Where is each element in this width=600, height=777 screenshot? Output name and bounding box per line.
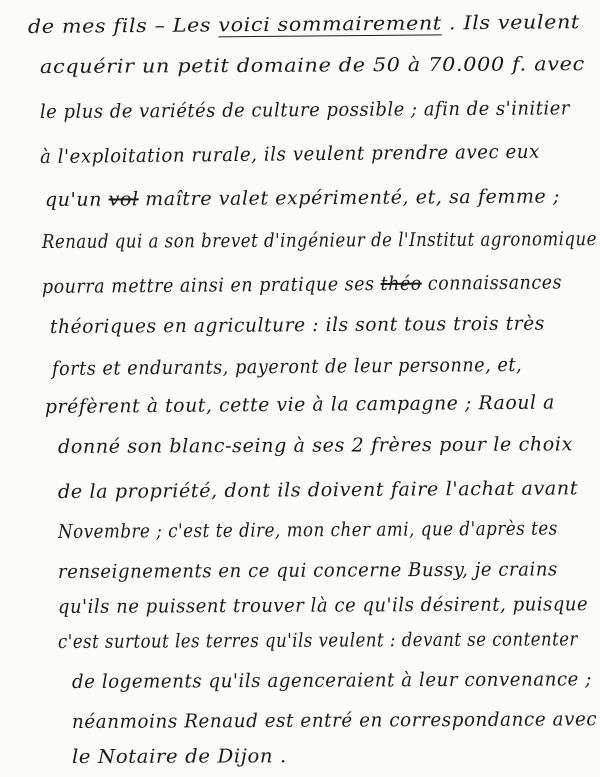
letter-line: de logements qu'ils agenceraient à leur …	[72, 668, 592, 693]
letter-line: acquérir un petit domaine de 50 à 70.000…	[40, 53, 585, 78]
line-text: à l'exploitation rurale, ils veulent pre…	[40, 141, 540, 168]
struck-out-text: vol	[109, 188, 139, 210]
line-text: qu'un	[45, 189, 109, 211]
letter-line: c'est surtout les terres qu'ils veulent …	[58, 628, 578, 653]
line-text: de la propriété, dont ils doivent faire …	[58, 477, 578, 503]
letter-line: le plus de variétés de culture possible …	[40, 97, 570, 123]
line-text: préfèrent à tout, cette vie à la campagn…	[45, 392, 555, 418]
letter-line: à l'exploitation rurale, ils veulent pre…	[40, 141, 540, 168]
letter-line: préfèrent à tout, cette vie à la campagn…	[45, 392, 555, 418]
line-text: de mes fils – Les	[28, 14, 219, 38]
letter-line: pourra mettre ainsi en pratique ses théo…	[42, 271, 562, 298]
line-text: pourra mettre ainsi en pratique ses	[42, 273, 381, 298]
line-text: de logements qu'ils agenceraient à leur …	[72, 668, 592, 693]
letter-line: Novembre ; c'est te dire, mon cher ami, …	[58, 518, 558, 543]
line-text: qu'ils ne puissent trouver là ce qu'ils …	[58, 593, 588, 618]
letter-line: donné son blanc-seing à ses 2 frères pou…	[58, 433, 573, 458]
letter-line: de mes fils – Les voici sommairement . I…	[28, 11, 580, 38]
line-text: c'est surtout les terres qu'ils veulent …	[58, 628, 578, 653]
line-text: maître valet expérimenté, et, sa femme ;	[139, 185, 560, 210]
letter-line: néanmoins Renaud est entré en correspond…	[72, 708, 597, 733]
letter-line: forts et endurants, payeront de leur per…	[52, 354, 522, 380]
line-text: néanmoins Renaud est entré en correspond…	[72, 708, 597, 733]
letter-line: de la propriété, dont ils doivent faire …	[58, 477, 578, 503]
line-text: le plus de variétés de culture possible …	[40, 97, 570, 123]
letter-line: Renaud qui a son brevet d'ingénieur de l…	[42, 228, 597, 253]
line-text: Renaud qui a son brevet d'ingénieur de l…	[42, 228, 597, 253]
letter-line: le Notaire de Dijon .	[72, 745, 287, 768]
line-text: théoriques en agriculture : ils sont tou…	[50, 313, 545, 338]
letter-line: théoriques en agriculture : ils sont tou…	[50, 313, 545, 338]
line-text: forts et endurants, payeront de leur per…	[52, 354, 522, 380]
handwritten-letter-page: de mes fils – Les voici sommairement . I…	[0, 0, 600, 777]
line-text: Novembre ; c'est te dire, mon cher ami, …	[58, 518, 558, 543]
letter-line: qu'un vol maître valet expérimenté, et, …	[45, 185, 560, 211]
underlined-text: voici sommairement	[218, 12, 442, 36]
line-text: renseignements en ce qui concerne Bussy,…	[58, 558, 558, 583]
struck-out-text: théo	[380, 273, 421, 295]
line-text: donné son blanc-seing à ses 2 frères pou…	[58, 433, 573, 458]
line-text: connaissances	[422, 271, 562, 294]
letter-line: qu'ils ne puissent trouver là ce qu'ils …	[58, 593, 588, 618]
line-text: . Ils veulent	[442, 11, 580, 34]
letter-line: renseignements en ce qui concerne Bussy,…	[58, 558, 558, 583]
line-text: le Notaire de Dijon .	[72, 745, 287, 768]
line-text: acquérir un petit domaine de 50 à 70.000…	[40, 53, 585, 78]
